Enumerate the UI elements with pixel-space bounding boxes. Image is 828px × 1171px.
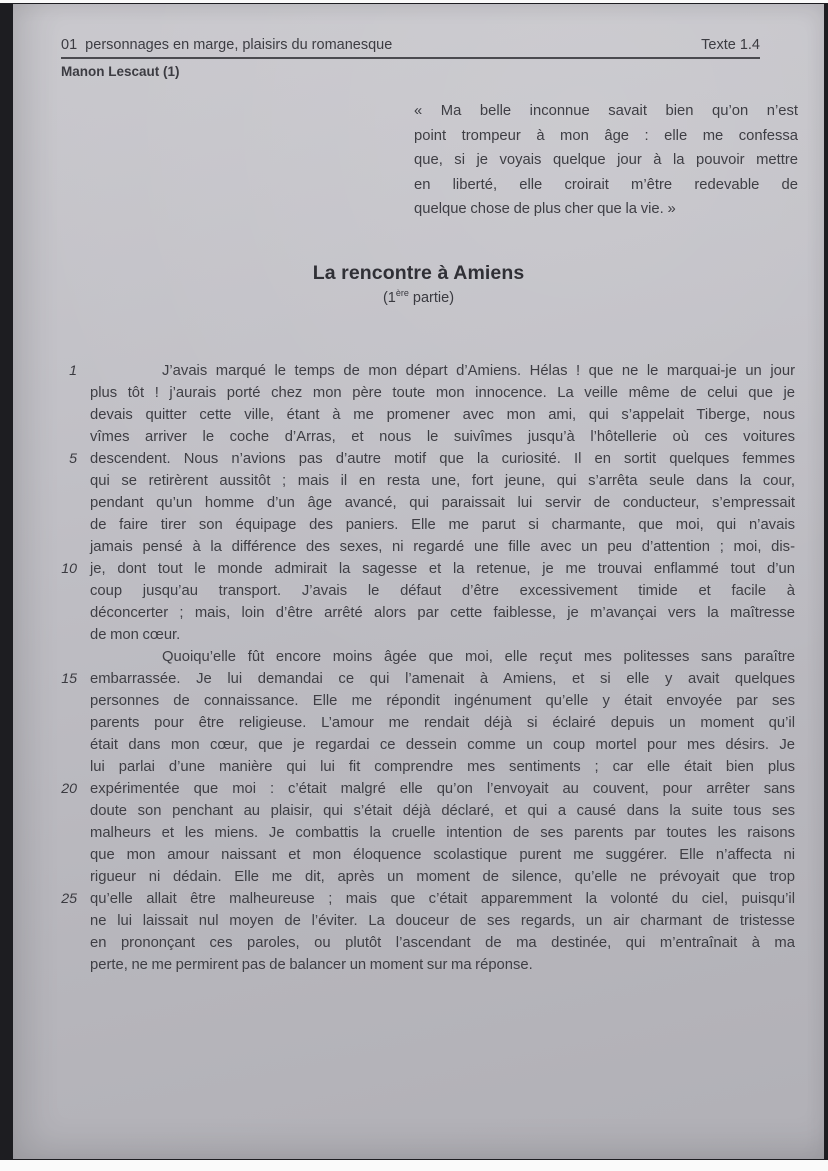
text-line: parents pour être religieuse. L’amour me… bbox=[53, 712, 795, 734]
text-line: de faire tirer son équipage des paniers.… bbox=[53, 514, 795, 536]
text-line: personnes de connaissance. Elle me répon… bbox=[53, 690, 795, 712]
line-text: que mon amour naissant et mon éloquence … bbox=[90, 844, 795, 866]
line-text: plus tôt ! j’aurais porté chez mon père … bbox=[90, 382, 795, 404]
text-line: malheurs et les miens. Je combattis la c… bbox=[53, 822, 795, 844]
line-number bbox=[53, 470, 77, 492]
line-number bbox=[53, 580, 77, 602]
line-text: descendent. Nous n’avions pas d’autre mo… bbox=[90, 448, 795, 470]
text-line: 10je, dont tout le monde admirait la sag… bbox=[53, 558, 795, 580]
line-text: rigueur ni dédain. Elle me dit, après un… bbox=[90, 866, 795, 888]
epigraph-line: « Ma belle inconnue savait bien qu’on n’… bbox=[414, 99, 798, 124]
text-line: pendant qu’un homme d’un âge avancé, qui… bbox=[53, 492, 795, 514]
line-number bbox=[53, 844, 77, 866]
line-text: devais quitter cette ville, étant à me p… bbox=[90, 404, 795, 426]
line-number bbox=[53, 624, 77, 646]
page-header: 01 personnages en marge, plaisirs du rom… bbox=[61, 37, 760, 59]
line-number bbox=[53, 536, 77, 558]
text-line: 5descendent. Nous n’avions pas d’autre m… bbox=[53, 448, 795, 470]
text-line: doute son penchant au plaisir, qui s’éta… bbox=[53, 800, 795, 822]
line-text: expérimentée que moi : c’était malgré el… bbox=[90, 778, 795, 800]
line-number bbox=[53, 800, 77, 822]
line-text: doute son penchant au plaisir, qui s’éta… bbox=[90, 800, 795, 822]
line-text: personnes de connaissance. Elle me répon… bbox=[90, 690, 795, 712]
line-text: déconcerter ; mais, loin d’être arrêté a… bbox=[90, 602, 795, 624]
epigraph-line: en liberté, elle croirait m’être redevab… bbox=[414, 173, 798, 198]
line-text: embarrassée. Je lui demandai ce qui l’am… bbox=[90, 668, 795, 690]
line-number bbox=[53, 712, 77, 734]
text-line: en prononçant ces paroles, ou plutôt l’a… bbox=[53, 932, 795, 954]
epigraph-line: point trompeur à mon âge : elle me confe… bbox=[414, 124, 798, 149]
line-text: qui se retirèrent aussitôt ; mais il en … bbox=[90, 470, 795, 492]
work-title: Manon Lescaut (1) bbox=[61, 64, 180, 79]
line-number bbox=[53, 690, 77, 712]
line-text: de mon cœur. bbox=[90, 624, 795, 646]
header-texte-ref: Texte 1.4 bbox=[701, 37, 760, 53]
body-text: 1J’avais marqué le temps de mon départ d… bbox=[53, 360, 795, 976]
line-number bbox=[53, 426, 77, 448]
line-number: 15 bbox=[53, 668, 77, 690]
line-text: qu’elle allait être malheureuse ; mais q… bbox=[90, 888, 795, 910]
line-text: Quoiqu’elle fût encore moins âgée que mo… bbox=[90, 646, 795, 668]
text-line: plus tôt ! j’aurais porté chez mon père … bbox=[53, 382, 795, 404]
text-line: jamais pensé à la différence des sexes, … bbox=[53, 536, 795, 558]
text-line: rigueur ni dédain. Elle me dit, après un… bbox=[53, 866, 795, 888]
text-line: était dans mon cœur, que je regardai ce … bbox=[53, 734, 795, 756]
line-text: jamais pensé à la différence des sexes, … bbox=[90, 536, 795, 558]
line-text: J’avais marqué le temps de mon départ d’… bbox=[90, 360, 795, 382]
text-line: ne lui laissait nul moyen de l’éviter. L… bbox=[53, 910, 795, 932]
line-number: 20 bbox=[53, 778, 77, 800]
epigraph-line: que, si je voyais quelque jour à la pouv… bbox=[414, 148, 798, 173]
line-number bbox=[53, 954, 77, 976]
epigraph-line: quelque chose de plus cher que la vie. » bbox=[414, 197, 798, 222]
line-text: de faire tirer son équipage des paniers.… bbox=[90, 514, 795, 536]
text-line: devais quitter cette ville, étant à me p… bbox=[53, 404, 795, 426]
scanned-page: 01 personnages en marge, plaisirs du rom… bbox=[13, 4, 824, 1159]
line-number bbox=[53, 932, 77, 954]
line-text: ne lui laissait nul moyen de l’éviter. L… bbox=[90, 910, 795, 932]
text-line: 15embarrassée. Je lui demandai ce qui l’… bbox=[53, 668, 795, 690]
line-number: 5 bbox=[53, 448, 77, 470]
subtitle-open: (1 bbox=[383, 290, 396, 306]
text-subtitle: (1ère partie) bbox=[13, 288, 824, 306]
line-number bbox=[53, 866, 77, 888]
text-line: 1J’avais marqué le temps de mon départ d… bbox=[53, 360, 795, 382]
line-number bbox=[53, 910, 77, 932]
line-number bbox=[53, 756, 77, 778]
line-number: 1 bbox=[53, 360, 77, 382]
line-number bbox=[53, 382, 77, 404]
line-text: malheurs et les miens. Je combattis la c… bbox=[90, 822, 795, 844]
line-text: perte, ne me permirent pas de balancer u… bbox=[90, 954, 795, 976]
title-block: La rencontre à Amiens (1ère partie) bbox=[13, 262, 824, 306]
text-line: que mon amour naissant et mon éloquence … bbox=[53, 844, 795, 866]
text-line: coup jusqu’au transport. J’avais le défa… bbox=[53, 580, 795, 602]
line-number bbox=[53, 646, 77, 668]
text-title: La rencontre à Amiens bbox=[13, 262, 824, 285]
epigraph-quote: « Ma belle inconnue savait bien qu’on n’… bbox=[414, 99, 798, 222]
text-line: 25qu’elle allait être malheureuse ; mais… bbox=[53, 888, 795, 910]
line-number bbox=[53, 492, 77, 514]
line-text: parents pour être religieuse. L’amour me… bbox=[90, 712, 795, 734]
line-number bbox=[53, 602, 77, 624]
text-line: Quoiqu’elle fût encore moins âgée que mo… bbox=[53, 646, 795, 668]
line-text: en prononçant ces paroles, ou plutôt l’a… bbox=[90, 932, 795, 954]
line-number bbox=[53, 514, 77, 536]
text-line: de mon cœur. bbox=[53, 624, 795, 646]
text-line: perte, ne me permirent pas de balancer u… bbox=[53, 954, 795, 976]
line-number bbox=[53, 822, 77, 844]
text-line: déconcerter ; mais, loin d’être arrêté a… bbox=[53, 602, 795, 624]
text-line: lui parlai d’une manière qui lui fit com… bbox=[53, 756, 795, 778]
subtitle-close: partie) bbox=[409, 290, 454, 306]
line-text: je, dont tout le monde admirait la sages… bbox=[90, 558, 795, 580]
text-line: qui se retirèrent aussitôt ; mais il en … bbox=[53, 470, 795, 492]
line-number bbox=[53, 404, 77, 426]
line-text: lui parlai d’une manière qui lui fit com… bbox=[90, 756, 795, 778]
header-course-title: 01 personnages en marge, plaisirs du rom… bbox=[61, 37, 392, 53]
subtitle-superscript: ère bbox=[396, 288, 409, 298]
line-number: 25 bbox=[53, 888, 77, 910]
line-text: vîmes arriver le coche d’Arras, et nous … bbox=[90, 426, 795, 448]
line-number bbox=[53, 734, 77, 756]
line-text: était dans mon cœur, que je regardai ce … bbox=[90, 734, 795, 756]
text-line: 20expérimentée que moi : c’était malgré … bbox=[53, 778, 795, 800]
line-text: coup jusqu’au transport. J’avais le défa… bbox=[90, 580, 795, 602]
line-number: 10 bbox=[53, 558, 77, 580]
line-text: pendant qu’un homme d’un âge avancé, qui… bbox=[90, 492, 795, 514]
text-line: vîmes arriver le coche d’Arras, et nous … bbox=[53, 426, 795, 448]
